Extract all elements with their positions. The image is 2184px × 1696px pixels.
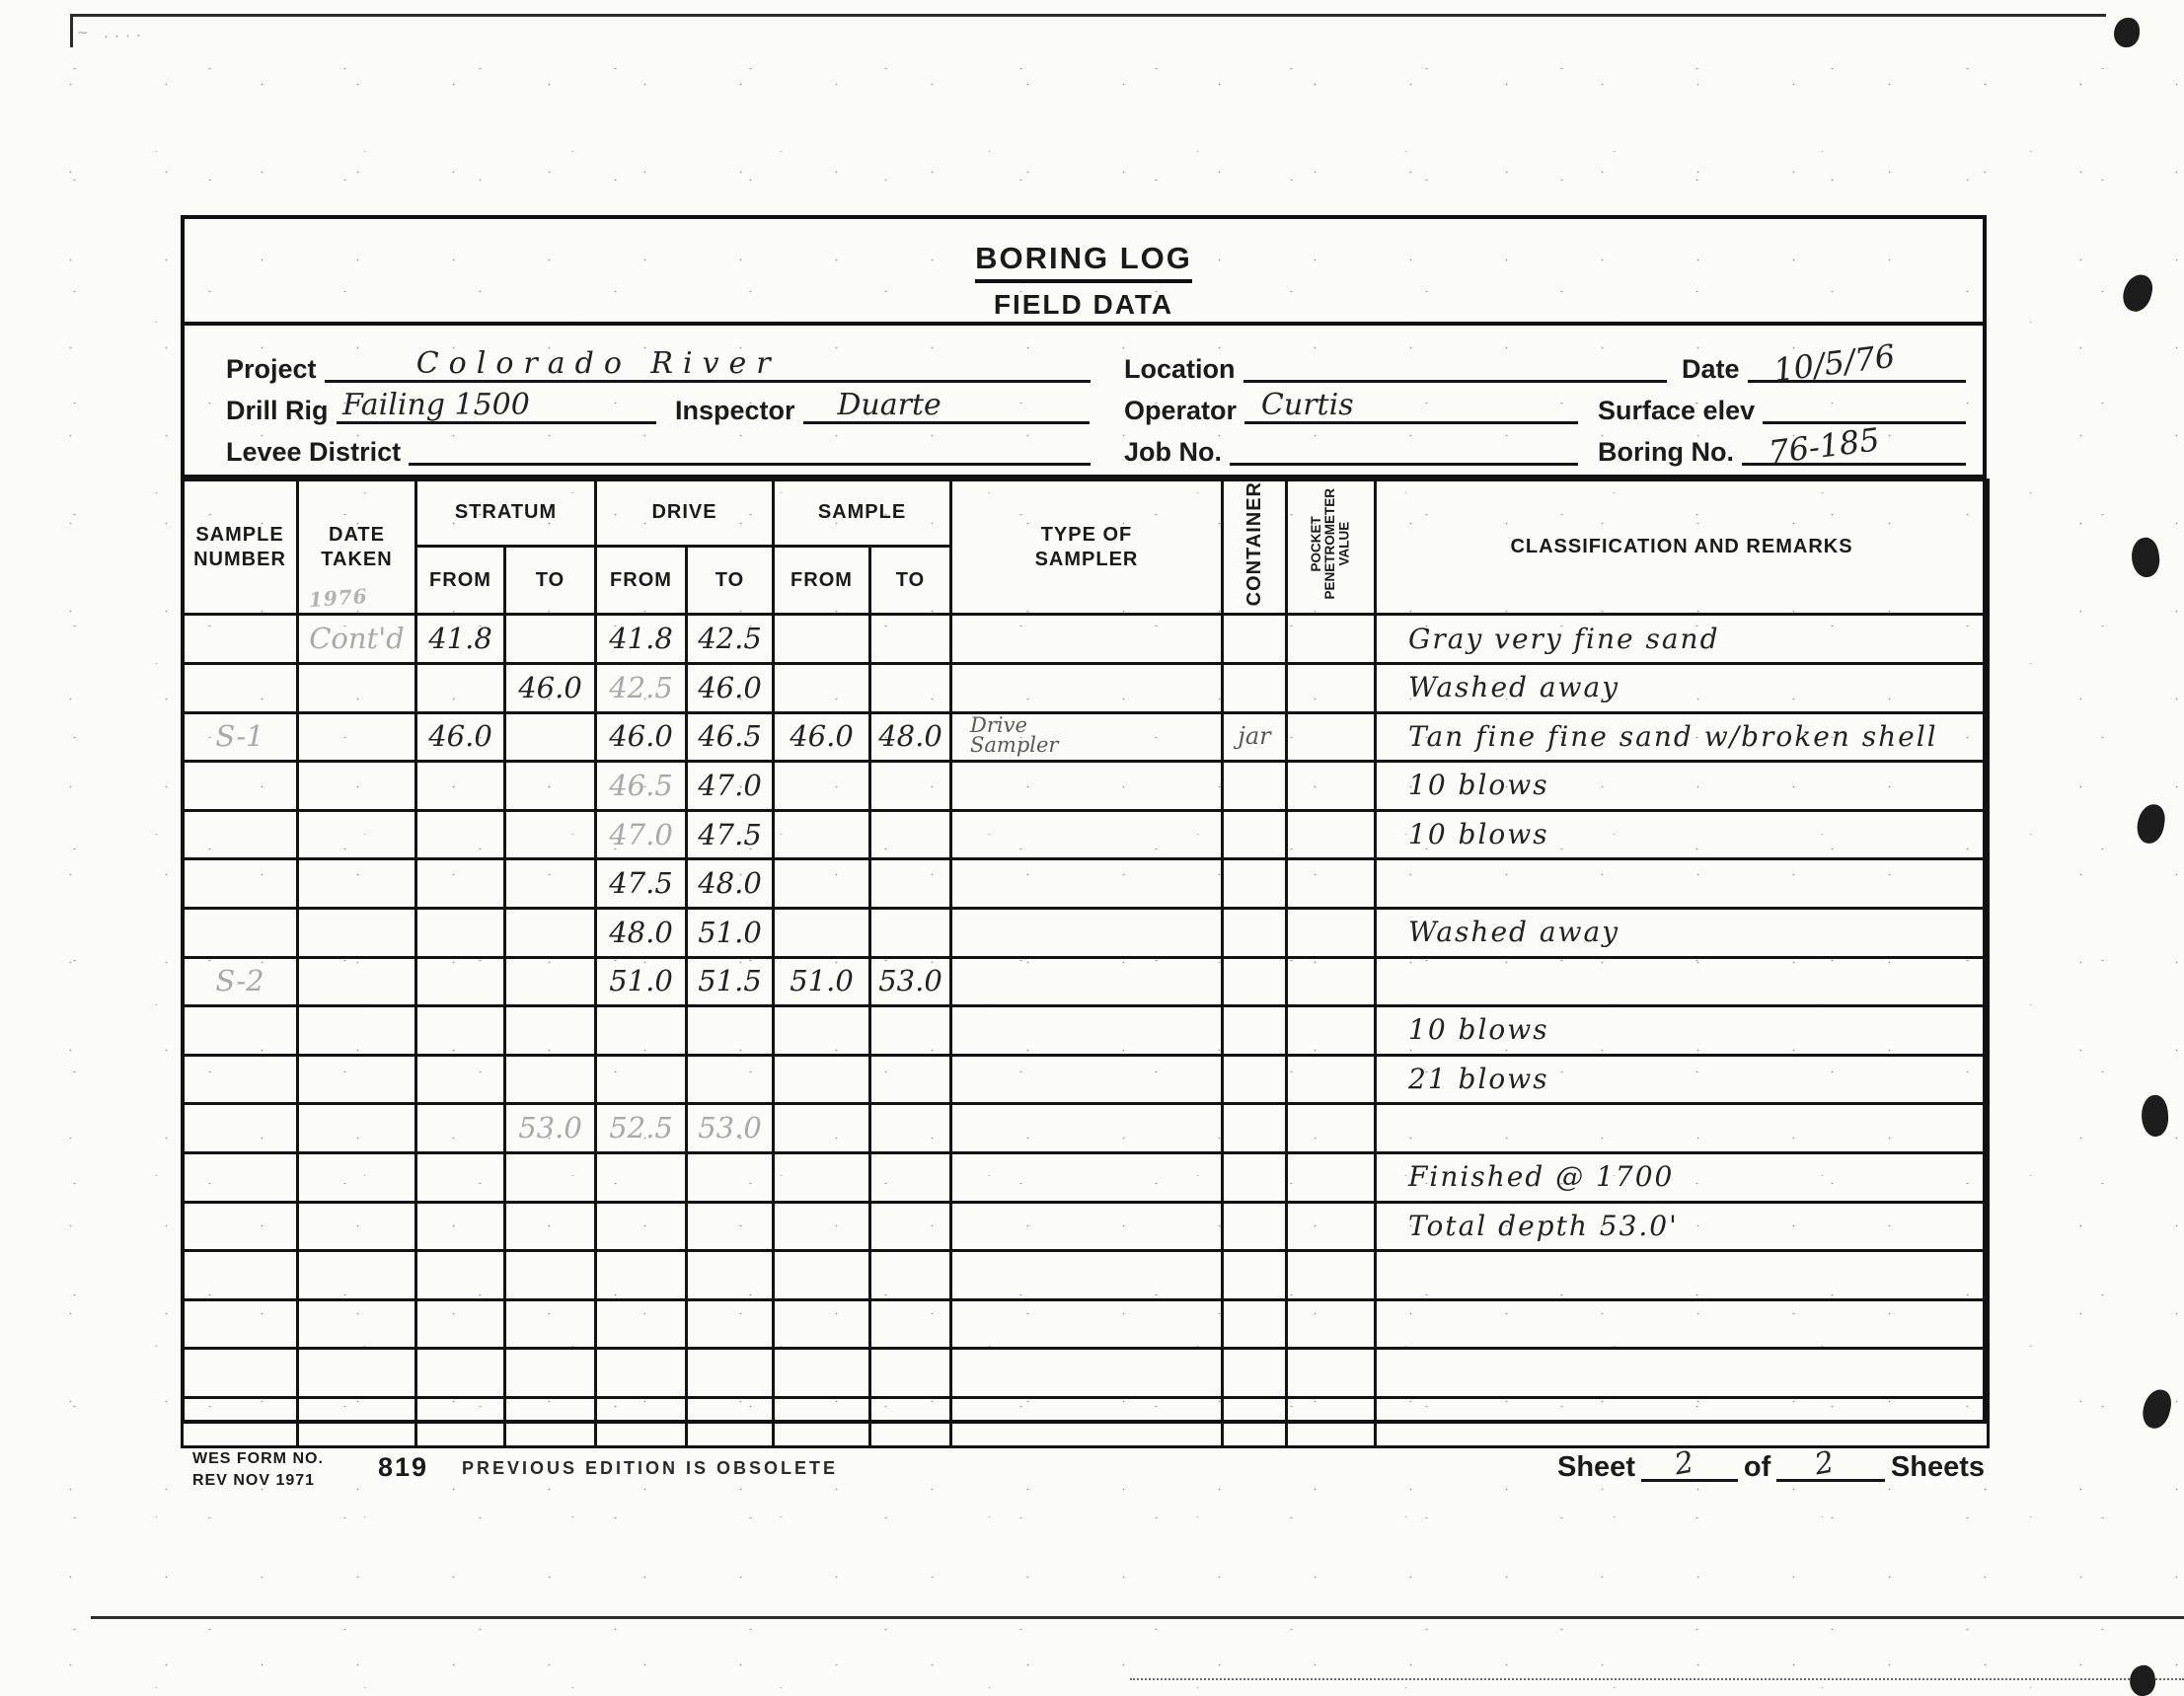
cell-drive-to <box>687 1299 774 1349</box>
form-title: BORING LOG <box>975 241 1192 283</box>
date-value: 10/5/76 <box>1772 340 1897 387</box>
cell-container <box>1223 957 1287 1006</box>
cell-remarks: Total depth 53.0' <box>1376 1202 1989 1251</box>
cell-container <box>1223 810 1287 859</box>
handwritten-entry: 41.8 <box>428 625 492 653</box>
cell-drive-from <box>596 1152 687 1202</box>
handwritten-entry: 46.5 <box>698 722 762 751</box>
cell-drive-from: 46.0 <box>596 712 687 762</box>
cell-stratum-to <box>505 859 596 909</box>
cell-sampler <box>951 908 1223 957</box>
table-row: S-251.051.551.053.0 <box>183 957 1989 1006</box>
cell-date-taken <box>298 1349 416 1398</box>
header-stratum: STRATUM <box>416 480 596 547</box>
cell-sample-to: 53.0 <box>870 957 951 1006</box>
cell-sample-to <box>870 1104 951 1153</box>
binder-hole-mark <box>2129 536 2163 579</box>
handwritten-entry: 53.0 <box>698 1114 762 1143</box>
cell-sampler <box>951 957 1223 1006</box>
sheet-current-line: 2 <box>1641 1439 1738 1482</box>
cell-drive-from: 46.5 <box>596 762 687 811</box>
surface-elev-field: Surface elev <box>1598 391 1966 424</box>
cell-sampler <box>951 1299 1223 1349</box>
cell-penetrometer <box>1287 762 1376 811</box>
cell-penetrometer <box>1287 1152 1376 1202</box>
cell-container <box>1223 762 1287 811</box>
cell-sample-to <box>870 1299 951 1349</box>
cell-stratum-to <box>505 810 596 859</box>
handwritten-entry: Tan fine fine sand w/broken shell <box>1408 723 1938 751</box>
cell-sample-from <box>774 1251 870 1300</box>
cell-penetrometer <box>1287 908 1376 957</box>
cell-sampler <box>951 859 1223 909</box>
cell-stratum-from <box>416 1055 505 1104</box>
cell-stratum-from <box>416 908 505 957</box>
cell-sample-number <box>183 762 298 811</box>
cell-drive-to: 48.0 <box>687 859 774 909</box>
handwritten-entry: 42.5 <box>609 674 673 702</box>
cell-penetrometer <box>1287 1202 1376 1251</box>
cell-container <box>1223 1251 1287 1300</box>
cell-drive-from <box>596 1006 687 1056</box>
cell-sample-to <box>870 615 951 664</box>
header-pocket-penetrometer-text: POCKET PENETROMETER VALUE <box>1310 488 1352 600</box>
handwritten-entry: 47.0 <box>609 821 673 849</box>
cell-sample-to: 48.0 <box>870 712 951 762</box>
form-number: 819 <box>378 1452 428 1483</box>
cell-date-taken: Cont'd <box>298 615 416 664</box>
cell-remarks: 10 blows <box>1376 810 1989 859</box>
binder-hole-mark <box>2128 1663 2157 1696</box>
boring-no-label: Boring No. <box>1598 439 1742 466</box>
job-no-field: Job No. <box>1124 432 1578 466</box>
cell-stratum-to <box>505 1006 596 1056</box>
cell-sample-number <box>183 1251 298 1300</box>
cell-sampler <box>951 1397 1223 1446</box>
binder-hole-mark <box>2135 802 2166 845</box>
cell-stratum-to: 46.0 <box>505 664 596 713</box>
handwritten-entry: 48.0 <box>878 722 942 751</box>
table-row: 47.047.510 blows <box>183 810 1989 859</box>
cell-remarks: Gray very fine sand <box>1376 615 1989 664</box>
table-row <box>183 1299 1989 1349</box>
levee-district-label: Levee District <box>226 439 409 466</box>
cell-drive-to: 51.5 <box>687 957 774 1006</box>
cell-sample-to <box>870 1349 951 1398</box>
cell-penetrometer <box>1287 1299 1376 1349</box>
header-container-text: CONTAINER <box>1243 481 1267 606</box>
cell-remarks: Tan fine fine sand w/broken shell <box>1376 712 1989 762</box>
cell-remarks <box>1376 1104 1989 1153</box>
cell-stratum-from <box>416 1397 505 1446</box>
cell-drive-to <box>687 1006 774 1056</box>
cell-penetrometer <box>1287 1349 1376 1398</box>
header-stratum-from: FROM <box>416 546 505 614</box>
cell-drive-from: 51.0 <box>596 957 687 1006</box>
cell-container <box>1223 615 1287 664</box>
cell-remarks: Washed away <box>1376 908 1989 957</box>
cell-date-taken <box>298 1055 416 1104</box>
obsolete-note: PREVIOUS EDITION IS OBSOLETE <box>462 1458 838 1479</box>
cell-sample-number <box>183 810 298 859</box>
cell-sample-number <box>183 1152 298 1202</box>
cell-penetrometer <box>1287 1251 1376 1300</box>
cell-date-taken <box>298 1104 416 1153</box>
scan-edge-bottom-line <box>91 1616 2184 1619</box>
table-row: 53.052.553.0 <box>183 1104 1989 1153</box>
boring-log-table: SAMPLE NUMBER DATE TAKEN1976 STRATUM DRI… <box>181 479 1990 1448</box>
cell-date-taken <box>298 957 416 1006</box>
cell-penetrometer <box>1287 957 1376 1006</box>
cell-sample-from <box>774 1349 870 1398</box>
handwritten-entry: 48.0 <box>609 919 673 947</box>
cell-stratum-from <box>416 810 505 859</box>
cell-stratum-from <box>416 664 505 713</box>
binder-hole-mark <box>2120 271 2155 315</box>
handwritten-entry: 48.0 <box>698 869 762 898</box>
table-row: Finished @ 1700 <box>183 1152 1989 1202</box>
handwritten-entry: 47.5 <box>698 821 762 849</box>
table-row: 46.042.546.0Washed away <box>183 664 1989 713</box>
cell-sample-from: 46.0 <box>774 712 870 762</box>
cell-penetrometer <box>1287 810 1376 859</box>
cell-sampler <box>951 1349 1223 1398</box>
cell-date-taken <box>298 1006 416 1056</box>
handwritten-entry: 10 blows <box>1408 1016 1549 1044</box>
table-row: 47.548.0 <box>183 859 1989 909</box>
cell-remarks <box>1376 1299 1989 1349</box>
cell-drive-from: 42.5 <box>596 664 687 713</box>
handwritten-entry: Washed away <box>1408 674 1619 701</box>
cell-drive-from: 52.5 <box>596 1104 687 1153</box>
table-row: S-146.046.046.546.048.0Drive SamplerjarT… <box>183 712 1989 762</box>
cell-remarks: Finished @ 1700 <box>1376 1152 1989 1202</box>
sheet-counter: Sheet 2 of 2 Sheets <box>1551 1442 1991 1482</box>
sheets-label: Sheets <box>1885 1453 1991 1482</box>
levee-district-field: Levee District <box>226 432 1091 466</box>
wes-form-note: WES FORM NO. REV NOV 1971 <box>192 1448 324 1491</box>
cell-stratum-from <box>416 1104 505 1153</box>
table-row: Total depth 53.0' <box>183 1202 1989 1251</box>
cell-sample-number <box>183 908 298 957</box>
cell-sample-number <box>183 615 298 664</box>
cell-sampler: Drive Sampler <box>951 712 1223 762</box>
cell-sample-from <box>774 1299 870 1349</box>
cell-sampler <box>951 762 1223 811</box>
cell-stratum-to <box>505 1202 596 1251</box>
cell-sample-to <box>870 859 951 909</box>
cell-container <box>1223 1202 1287 1251</box>
table-row: 48.051.0Washed away <box>183 908 1989 957</box>
cell-sample-from <box>774 1055 870 1104</box>
cell-drive-from <box>596 1251 687 1300</box>
handwritten-entry: 46.0 <box>698 674 762 702</box>
cell-penetrometer <box>1287 664 1376 713</box>
cell-drive-from <box>596 1397 687 1446</box>
cell-drive-to: 47.0 <box>687 762 774 811</box>
handwritten-entry: S-2 <box>215 967 264 995</box>
handwritten-entry: S-1 <box>215 722 264 751</box>
cell-sample-from <box>774 1202 870 1251</box>
cell-stratum-to <box>505 615 596 664</box>
date-label: Date <box>1682 356 1748 383</box>
cell-remarks <box>1376 1251 1989 1300</box>
header-sample-number: SAMPLE NUMBER <box>183 480 298 615</box>
cell-sampler <box>951 615 1223 664</box>
project-line: Colorado River <box>325 346 1091 383</box>
cell-sampler <box>951 1251 1223 1300</box>
date-taken-handwritten-note: 1976 <box>308 584 368 613</box>
handwritten-entry: 47.5 <box>609 869 673 898</box>
binder-hole-mark <box>2140 1094 2170 1139</box>
handwritten-entry: 51.0 <box>609 967 673 995</box>
cell-stratum-to <box>505 762 596 811</box>
handwritten-entry: Washed away <box>1408 919 1619 946</box>
project-value: Colorado River <box>416 349 781 379</box>
cell-sample-number <box>183 1299 298 1349</box>
cell-stratum-to <box>505 908 596 957</box>
cell-container <box>1223 1397 1287 1446</box>
table-row: 10 blows <box>183 1006 1989 1056</box>
cell-stratum-to <box>505 1152 596 1202</box>
cell-sample-number <box>183 859 298 909</box>
handwritten-entry: Drive Sampler <box>970 716 1058 756</box>
cell-remarks: Washed away <box>1376 664 1989 713</box>
cell-container <box>1223 1055 1287 1104</box>
cell-remarks <box>1376 1349 1989 1398</box>
form-subtitle: FIELD DATA <box>185 289 1983 321</box>
handwritten-entry: 46.0 <box>609 722 673 751</box>
cell-drive-from: 47.5 <box>596 859 687 909</box>
location-line <box>1243 346 1668 383</box>
boring-no-line: 76-185 <box>1742 429 1966 466</box>
table-row: Cont'd41.841.842.5Gray very fine sand <box>183 615 1989 664</box>
job-no-line <box>1230 429 1578 466</box>
header-stratum-to: TO <box>505 546 596 614</box>
cell-sample-to <box>870 1152 951 1202</box>
drill-rig-value: Failing 1500 <box>342 391 530 420</box>
cell-sample-to <box>870 1006 951 1056</box>
cell-stratum-to <box>505 1251 596 1300</box>
cell-drive-to <box>687 1202 774 1251</box>
cell-stratum-from <box>416 1202 505 1251</box>
cell-stratum-from <box>416 859 505 909</box>
scan-dotted-line <box>1130 1678 2184 1680</box>
cell-sample-number <box>183 1055 298 1104</box>
operator-field: Operator Curtis <box>1124 391 1578 424</box>
handwritten-entry: 46.0 <box>518 674 582 702</box>
drill-rig-label: Drill Rig <box>226 398 337 424</box>
cell-stratum-from <box>416 1251 505 1300</box>
cell-date-taken <box>298 859 416 909</box>
of-label: of <box>1738 1453 1776 1482</box>
date-field: Date 10/5/76 <box>1682 349 1966 383</box>
cell-date-taken <box>298 810 416 859</box>
inspector-field: Inspector Duarte <box>675 391 1090 424</box>
cell-sample-to <box>870 1202 951 1251</box>
cell-sample-to <box>870 908 951 957</box>
table-row: 46.547.010 blows <box>183 762 1989 811</box>
cell-container: jar <box>1223 712 1287 762</box>
cell-date-taken <box>298 1152 416 1202</box>
handwritten-entry: 10 blows <box>1408 821 1549 848</box>
location-label: Location <box>1124 356 1243 383</box>
handwritten-entry: 52.5 <box>609 1114 673 1143</box>
cell-remarks <box>1376 957 1989 1006</box>
boring-log-form: BORING LOG FIELD DATA Project Colorado R… <box>181 215 1987 1424</box>
cell-drive-from <box>596 1299 687 1349</box>
cell-penetrometer <box>1287 1006 1376 1056</box>
inspector-line: Duarte <box>803 388 1090 424</box>
cell-date-taken <box>298 762 416 811</box>
cell-sample-number <box>183 1397 298 1446</box>
header-drive-to: TO <box>687 546 774 614</box>
header-sample: SAMPLE <box>774 480 951 547</box>
inspector-label: Inspector <box>675 398 803 424</box>
header-pocket-penetrometer: POCKET PENETROMETER VALUE <box>1287 480 1376 615</box>
levee-district-line <box>409 429 1091 466</box>
cell-stratum-from: 46.0 <box>416 712 505 762</box>
handwritten-entry: 53.0 <box>518 1114 582 1143</box>
table-row <box>183 1251 1989 1300</box>
boring-no-value: 76-185 <box>1768 423 1882 468</box>
cell-sample-from <box>774 1152 870 1202</box>
sheet-label: Sheet <box>1551 1453 1641 1482</box>
cell-penetrometer <box>1287 1397 1376 1446</box>
cell-drive-from <box>596 1202 687 1251</box>
cell-drive-to: 46.5 <box>687 712 774 762</box>
cell-date-taken <box>298 1397 416 1446</box>
cell-stratum-from <box>416 762 505 811</box>
cell-drive-from: 47.0 <box>596 810 687 859</box>
cell-drive-to: 53.0 <box>687 1104 774 1153</box>
handwritten-entry: Total depth 53.0' <box>1408 1213 1679 1240</box>
form-title-box: BORING LOG FIELD DATA <box>185 219 1983 326</box>
operator-line: Curtis <box>1244 388 1578 424</box>
cell-drive-to <box>687 1152 774 1202</box>
cell-stratum-to <box>505 1397 596 1446</box>
cell-drive-to: 42.5 <box>687 615 774 664</box>
handwritten-entry: Gray very fine sand <box>1408 626 1720 653</box>
cell-penetrometer <box>1287 1055 1376 1104</box>
handwritten-entry: 51.0 <box>790 967 854 995</box>
cell-container <box>1223 859 1287 909</box>
sheet-total-line: 2 <box>1776 1439 1885 1482</box>
cell-remarks: 10 blows <box>1376 762 1989 811</box>
cell-stratum-from <box>416 1299 505 1349</box>
cell-drive-to <box>687 1349 774 1398</box>
scanned-boring-log-page: { "title": { "line1": "BORING LOG", "lin… <box>0 0 2184 1696</box>
header-type-of-sampler: TYPE OF SAMPLER <box>951 480 1223 615</box>
table-header: SAMPLE NUMBER DATE TAKEN1976 STRATUM DRI… <box>183 480 1989 615</box>
surface-elev-label: Surface elev <box>1598 398 1763 424</box>
cell-container <box>1223 1349 1287 1398</box>
handwritten-entry: 51.5 <box>698 967 762 995</box>
cell-container <box>1223 664 1287 713</box>
cell-penetrometer <box>1287 712 1376 762</box>
handwritten-entry: jar <box>1238 724 1270 748</box>
cell-sample-to <box>870 1397 951 1446</box>
cell-container <box>1223 1104 1287 1153</box>
cell-sample-from <box>774 810 870 859</box>
scan-edge-left-tick <box>70 14 73 47</box>
table-row <box>183 1349 1989 1398</box>
drill-rig-field: Drill Rig Failing 1500 <box>226 391 656 424</box>
header-container: CONTAINER <box>1223 480 1287 615</box>
job-no-label: Job No. <box>1124 439 1230 466</box>
cell-sampler <box>951 664 1223 713</box>
cell-sampler <box>951 1104 1223 1153</box>
cell-sampler <box>951 1152 1223 1202</box>
cell-sample-to <box>870 664 951 713</box>
cell-sample-number <box>183 1006 298 1056</box>
cell-sample-number: S-2 <box>183 957 298 1006</box>
cell-stratum-from <box>416 1152 505 1202</box>
header-sample-to: TO <box>870 546 951 614</box>
cell-drive-to: 51.0 <box>687 908 774 957</box>
cell-drive-from <box>596 1055 687 1104</box>
cell-drive-to: 46.0 <box>687 664 774 713</box>
cell-sample-to <box>870 1251 951 1300</box>
cell-stratum-to <box>505 1055 596 1104</box>
cell-date-taken <box>298 1202 416 1251</box>
cell-drive-from <box>596 1349 687 1398</box>
cell-stratum-from <box>416 957 505 1006</box>
cell-penetrometer <box>1287 859 1376 909</box>
handwritten-entry: 46.0 <box>790 722 854 751</box>
cell-stratum-to: 53.0 <box>505 1104 596 1153</box>
cell-sampler <box>951 1202 1223 1251</box>
cell-sample-number <box>183 1104 298 1153</box>
surface-elev-line <box>1763 388 1966 424</box>
operator-label: Operator <box>1124 398 1244 424</box>
cell-date-taken <box>298 712 416 762</box>
cell-drive-to <box>687 1397 774 1446</box>
cell-container <box>1223 1299 1287 1349</box>
date-line: 10/5/76 <box>1748 346 1966 383</box>
cell-remarks: 10 blows <box>1376 1006 1989 1056</box>
cell-drive-to: 47.5 <box>687 810 774 859</box>
cell-container <box>1223 1152 1287 1202</box>
cell-sample-to <box>870 810 951 859</box>
header-classification: CLASSIFICATION AND REMARKS <box>1376 480 1989 615</box>
cell-drive-to <box>687 1251 774 1300</box>
cell-sample-from <box>774 1104 870 1153</box>
header-sample-from: FROM <box>774 546 870 614</box>
cell-container <box>1223 1006 1287 1056</box>
cell-sample-number <box>183 1202 298 1251</box>
cell-sampler <box>951 1006 1223 1056</box>
cell-penetrometer <box>1287 1104 1376 1153</box>
drill-rig-line: Failing 1500 <box>337 388 656 424</box>
handwritten-entry: 46.0 <box>428 722 492 751</box>
cell-stratum-from <box>416 1006 505 1056</box>
operator-value: Curtis <box>1261 391 1354 420</box>
cell-stratum-to <box>505 1299 596 1349</box>
inspector-value: Duarte <box>837 391 941 420</box>
scan-edge-top-line <box>71 14 2106 17</box>
cell-sampler <box>951 810 1223 859</box>
sheet-current-value: 2 <box>1673 1448 1696 1481</box>
cell-stratum-from <box>416 1349 505 1398</box>
form-header-fields: Project Colorado River Location Date 10/… <box>185 326 1983 479</box>
cell-stratum-to <box>505 712 596 762</box>
cell-remarks: 21 blows <box>1376 1055 1989 1104</box>
sheet-total-value: 2 <box>1812 1448 1836 1481</box>
project-field: Project Colorado River <box>226 349 1091 383</box>
handwritten-entry: 53.0 <box>878 967 942 995</box>
cell-date-taken <box>298 908 416 957</box>
